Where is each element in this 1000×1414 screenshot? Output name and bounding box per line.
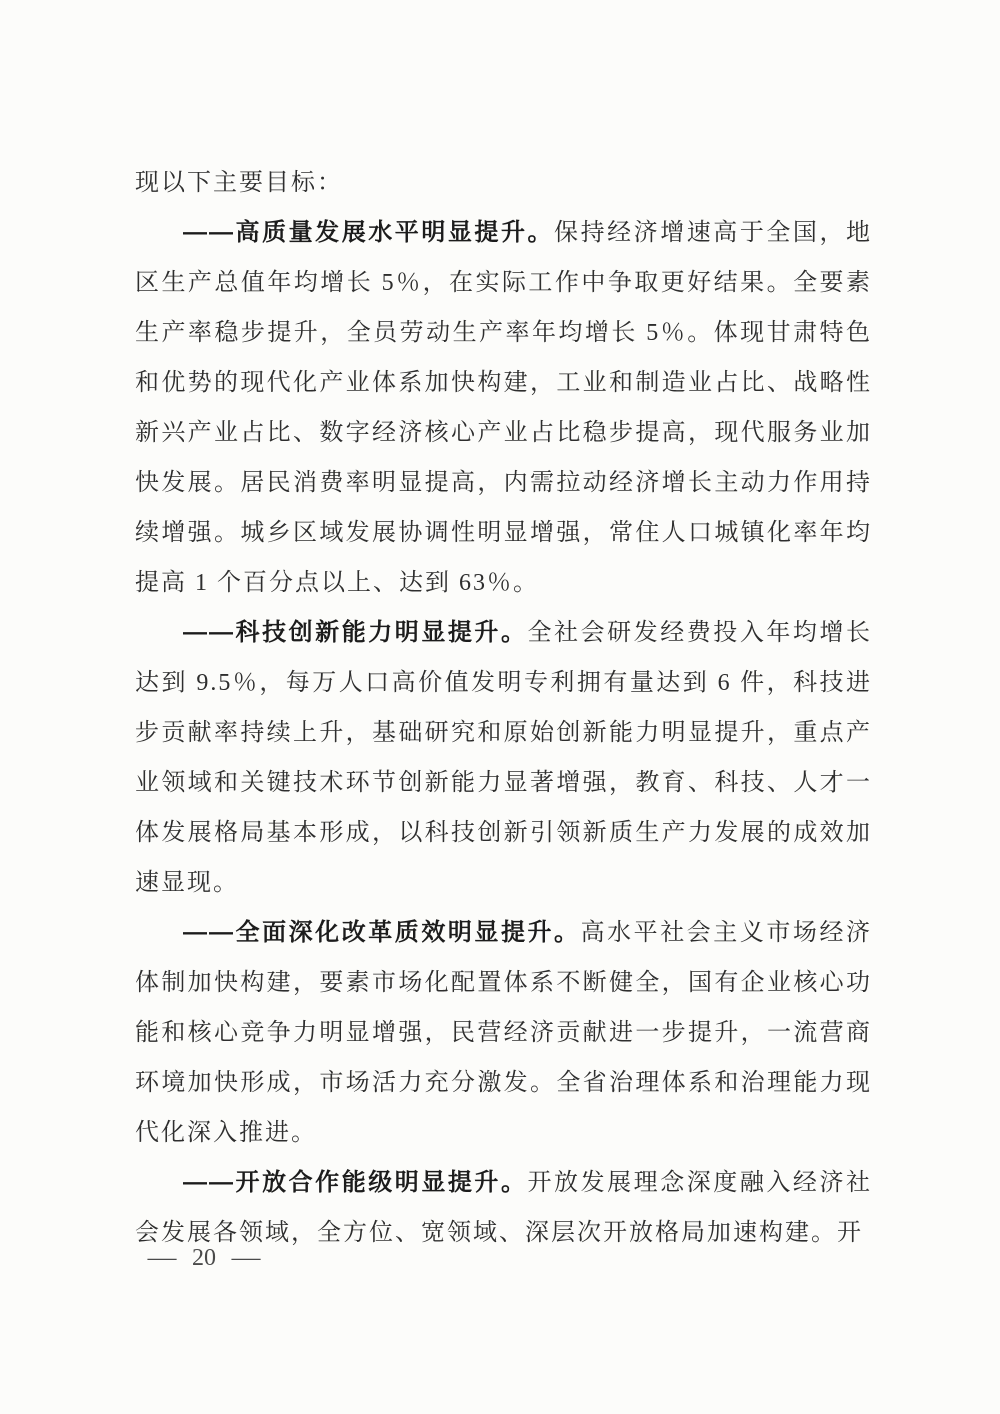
- footer-left-dash: —: [148, 1245, 177, 1272]
- paragraph-lead: ——科技创新能力明显提升。: [183, 619, 528, 646]
- paragraph-body: 全社会研发经费投入年均增长达到 9.5％，每万人口高价值发明专利拥有量达到 6 …: [135, 620, 872, 896]
- intro-line: 现以下主要目标：: [135, 158, 872, 208]
- document-page: 现以下主要目标： ——高质量发展水平明显提升。保持经济增速高于全国，地区生产总值…: [0, 0, 1000, 1414]
- paragraph-lead: ——开放合作能级明显提升。: [183, 1169, 528, 1196]
- page-number: 20: [192, 1245, 216, 1272]
- page-number-footer: — 20 —: [150, 1245, 258, 1272]
- paragraph-lead: ——高质量发展水平明显提升。: [183, 219, 554, 246]
- paragraph-goal-opening-cooperation: ——开放合作能级明显提升。开放发展理念深度融入经济社会发展各领域，全方位、宽领域…: [135, 1158, 872, 1258]
- paragraph-goal-reform: ——全面深化改革质效明显提升。高水平社会主义市场经济体制加快构建，要素市场化配置…: [135, 908, 872, 1158]
- paragraph-lead: ——全面深化改革质效明显提升。: [183, 919, 581, 946]
- paragraph-goal-tech-innovation: ——科技创新能力明显提升。全社会研发经费投入年均增长达到 9.5％，每万人口高价…: [135, 608, 872, 908]
- paragraph-body: 保持经济增速高于全国，地区生产总值年均增长 5％，在实际工作中争取更好结果。全要…: [135, 220, 872, 596]
- paragraph-body: 高水平社会主义市场经济体制加快构建，要素市场化配置体系不断健全，国有企业核心功能…: [135, 920, 872, 1146]
- document-body: 现以下主要目标： ——高质量发展水平明显提升。保持经济增速高于全国，地区生产总值…: [135, 158, 872, 1258]
- paragraph-goal-quality-development: ——高质量发展水平明显提升。保持经济增速高于全国，地区生产总值年均增长 5％，在…: [135, 208, 872, 608]
- footer-right-dash: —: [232, 1245, 261, 1272]
